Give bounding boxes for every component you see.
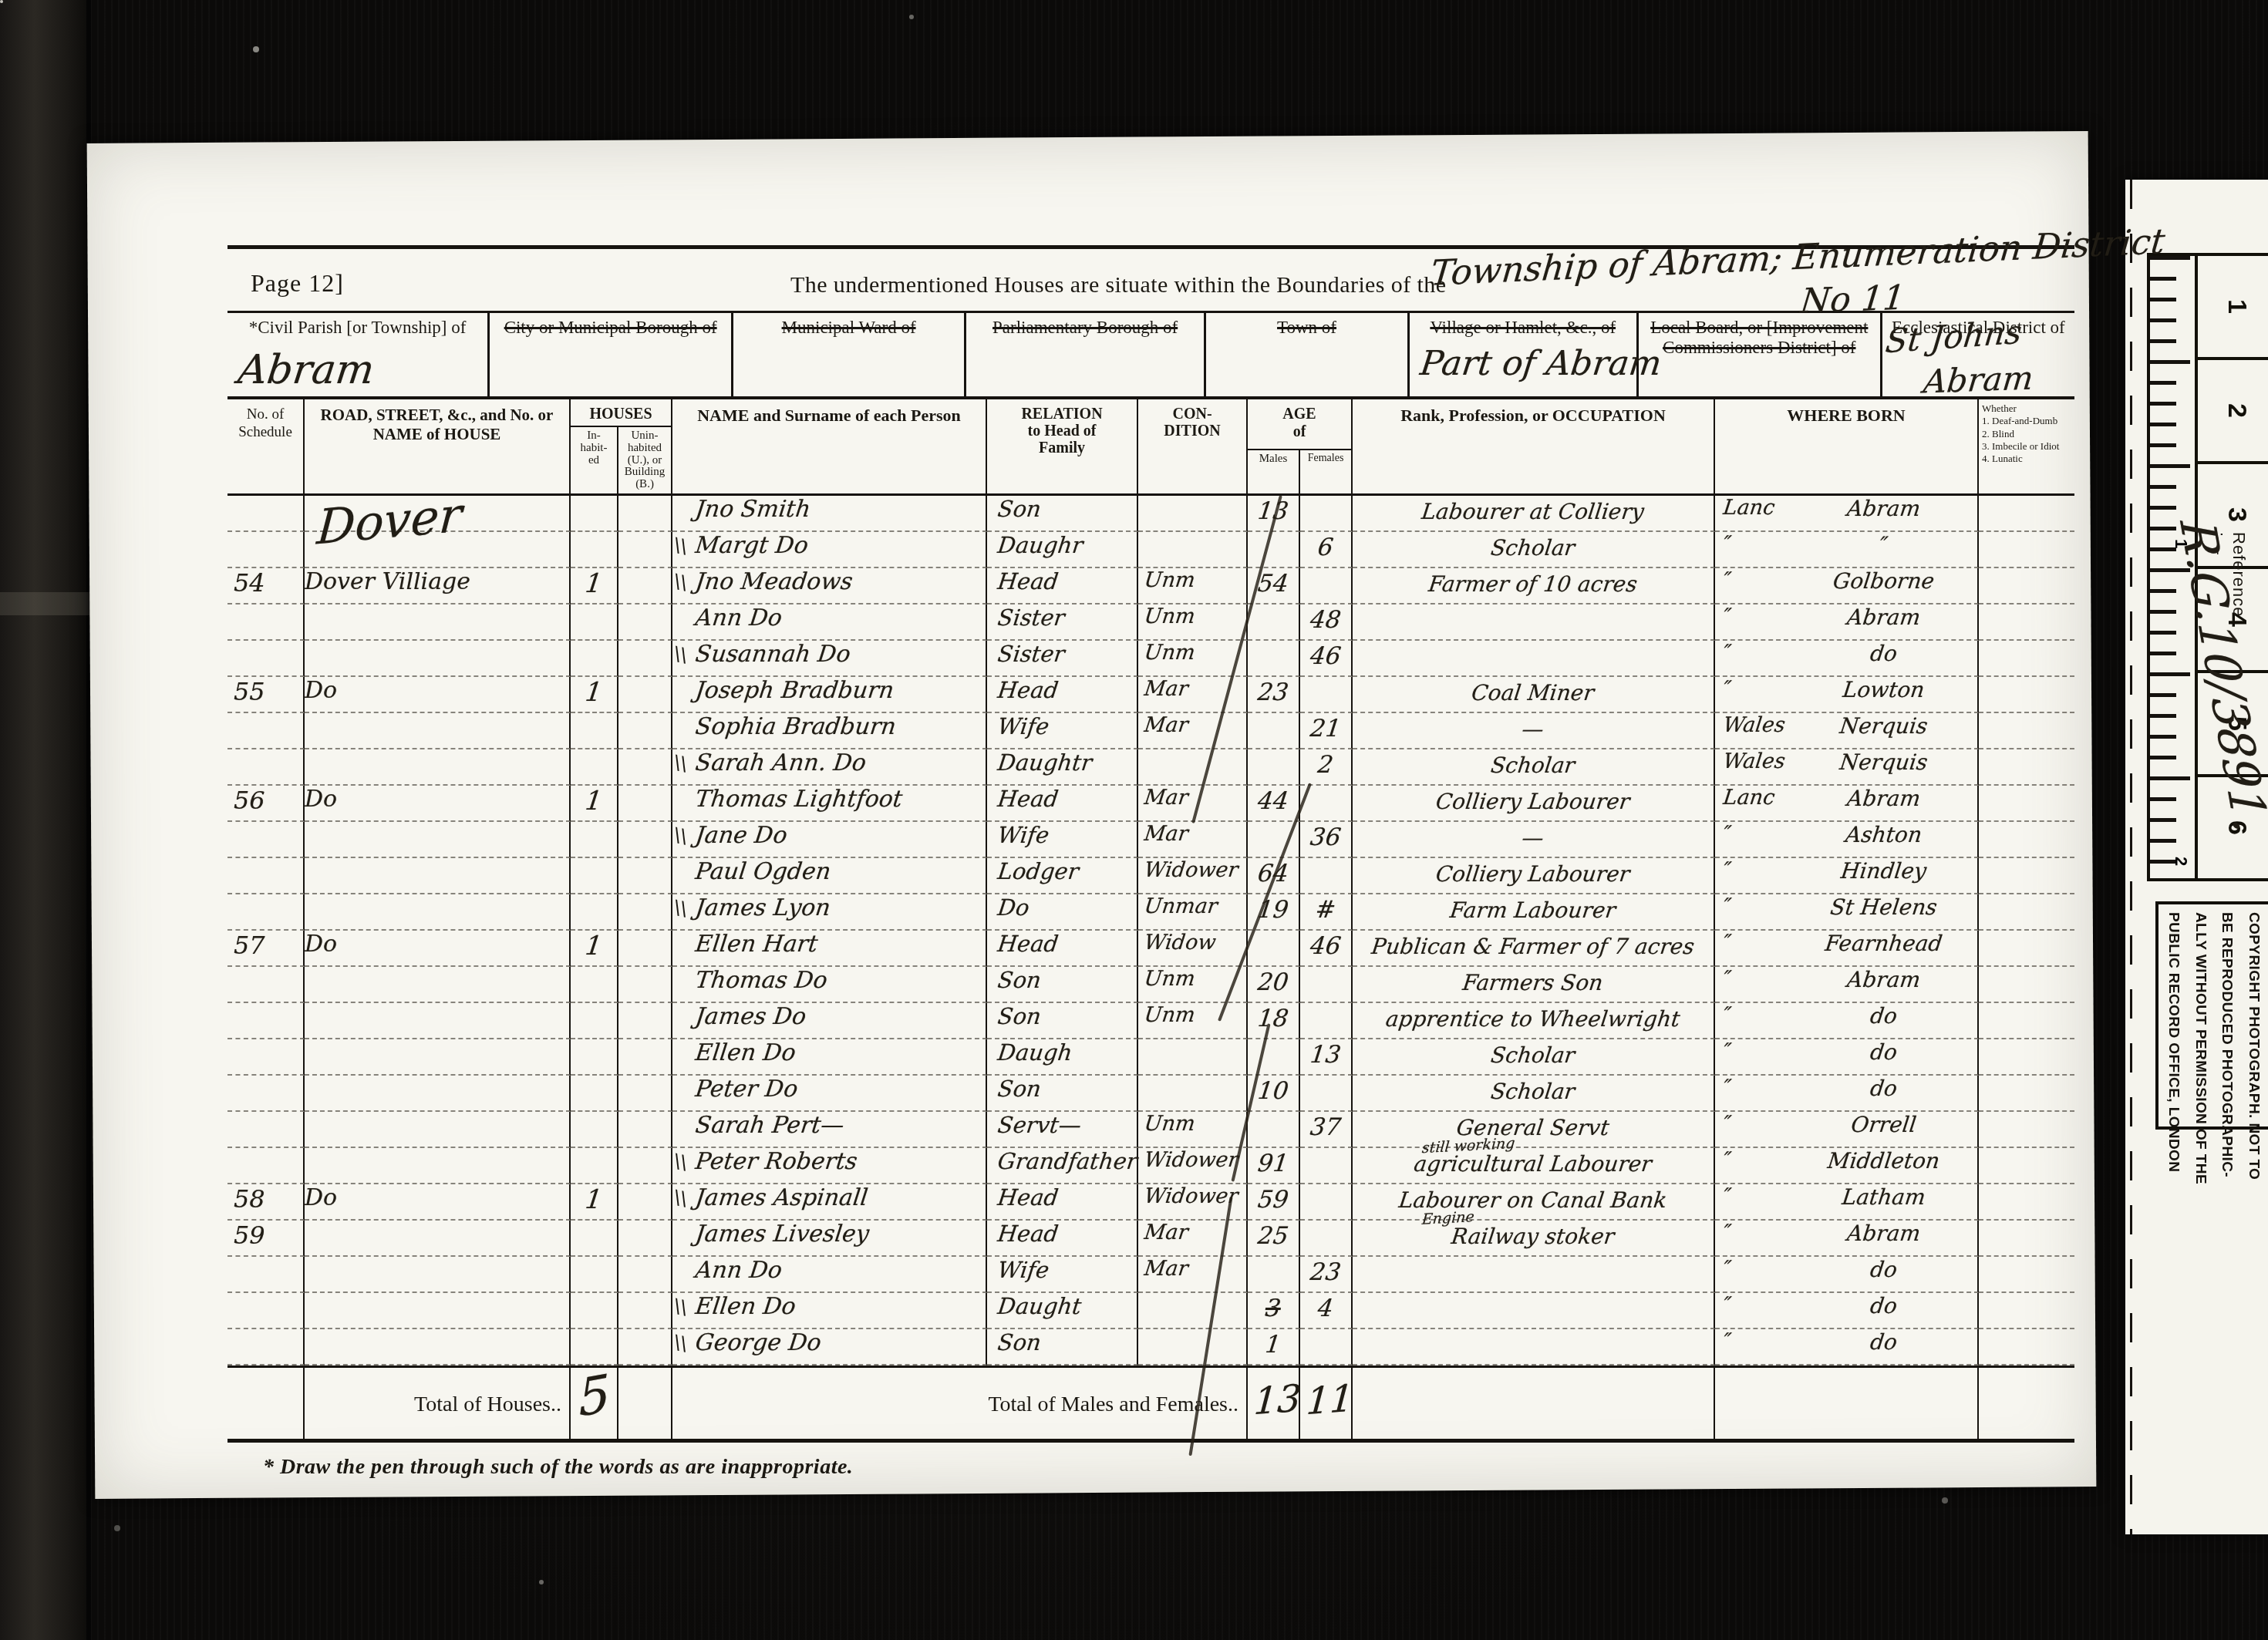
uninhabited-cell (618, 1257, 672, 1293)
inhabited-cell: 1 (571, 931, 618, 967)
age-male-value (1248, 822, 1299, 823)
age-female-value (1300, 568, 1351, 570)
condition-cell (1138, 1039, 1248, 1076)
census-record-row: Ann Do Sister Unm 48 ″ Abram (227, 604, 2074, 641)
disability-cell (1979, 1257, 2074, 1293)
condition-value: Unm (1137, 604, 1248, 628)
disability-cell (1979, 713, 2074, 749)
district-field-box: Parliamentary Borough of (966, 313, 1206, 396)
occupation-value: — (1351, 713, 1716, 742)
where-born-cell: ″ Hindley (1715, 858, 1979, 894)
age-females-cell: 13 (1300, 1039, 1353, 1076)
disability-cell (1979, 604, 2074, 641)
inhabited-mark: 1 (569, 931, 619, 961)
ruler-number-cell: 2 (2198, 360, 2268, 464)
relation-cell: Servt— (987, 1112, 1138, 1148)
totals-houses-label-cell: Total of Houses.. (305, 1368, 571, 1439)
born-county: ″ (1713, 1076, 1791, 1110)
person-name: Peter Roberts (671, 1148, 987, 1175)
age-females-cell (1300, 568, 1353, 604)
occupation-value (1353, 1329, 1714, 1332)
where-born-cell: ″ do (1715, 1076, 1979, 1112)
schedule-number (227, 713, 234, 743)
relation-value: Head (986, 1221, 1138, 1247)
relation-cell: Son (987, 1076, 1138, 1112)
occupation-value: Scholar (1351, 1039, 1716, 1068)
uninhabited-cell (618, 1003, 672, 1039)
age-male-value (1248, 604, 1299, 606)
occupation-value: Scholar (1351, 532, 1716, 561)
form-header-row: Page 12] The undermentioned Houses are s… (227, 245, 2074, 313)
born-county: ″ (1713, 568, 1791, 603)
born-county: ″ (1713, 1039, 1791, 1074)
age-males-cell: 20 (1248, 967, 1300, 1003)
relation-cell: Head (987, 1184, 1138, 1221)
age-female-value (1300, 677, 1351, 679)
schedule-number (227, 1257, 234, 1286)
condition-value: Mar (1137, 822, 1248, 846)
road-cell (305, 641, 571, 677)
occupation-cell: Colliery Labourer (1353, 786, 1715, 822)
total-houses-label: Total of Houses.. (414, 1392, 561, 1417)
born-county: ″ (1713, 1293, 1791, 1328)
relation-value: Son (986, 1003, 1138, 1029)
inhabited-cell (571, 1148, 618, 1184)
schedule-number (227, 532, 234, 561)
age-male-value (1248, 713, 1299, 715)
occupation-cell: Engine Railway stoker (1353, 1221, 1715, 1257)
total-males-value-cell: 13 (1248, 1368, 1300, 1439)
born-county: ″ (1713, 967, 1791, 1002)
uninhabited-cell (618, 1112, 672, 1148)
where-born-cell: Wales Nerquis (1715, 713, 1979, 749)
condition-value: Unm (1137, 568, 1248, 592)
district-field-value2-handwritten (1206, 357, 1407, 364)
occupation-cell: Coal Miner (1353, 677, 1715, 713)
born-place: Nerquis (1787, 713, 1980, 748)
relation-cell: Son (987, 1329, 1138, 1366)
age-female-value: 6 (1299, 532, 1353, 561)
age-females-cell: 37 (1300, 1112, 1353, 1148)
uninhabited-cell (618, 1076, 672, 1112)
schedule-cell (227, 967, 305, 1003)
name-cell: Peter Do (672, 1076, 987, 1112)
totals-males-females-label-cell: Total of Males and Females.. (672, 1368, 1248, 1439)
census-record-row: \\ Jane Do Wife Mar 36 — ″ Ashton (227, 822, 2074, 858)
occupation-value: Coal Miner (1351, 677, 1716, 706)
occupation-cell: — (1353, 822, 1715, 858)
born-place: do (1787, 1257, 1980, 1291)
born-county: ″ (1713, 931, 1791, 965)
relation-value: Daught (986, 1293, 1138, 1319)
film-left-band (0, 0, 91, 1640)
name-cell: Sophia Bradburn (672, 713, 987, 749)
age-males-cell: 23 (1248, 677, 1300, 713)
relation-value: Do (986, 894, 1138, 921)
schedule-cell (227, 496, 305, 532)
age-males-cell (1248, 1257, 1300, 1293)
name-cell: Ellen Do (672, 1039, 987, 1076)
road-cell: Dover (305, 496, 571, 532)
uninhabited-cell (618, 786, 672, 822)
where-born-cell: Lanc Abram (1715, 786, 1979, 822)
age-males-cell (1248, 532, 1300, 568)
inhabited-cell (571, 822, 618, 858)
name-cell: Ann Do (672, 1257, 987, 1293)
condition-cell (1138, 496, 1248, 532)
condition-cell: Mar (1138, 1221, 1248, 1257)
census-record-row: \\ Sarah Ann. Do Daughtr 2 Scholar Wales… (227, 749, 2074, 786)
age-male-value (1248, 1039, 1299, 1041)
where-born-cell: ″ do (1715, 1039, 1979, 1076)
census-record-row: \\ Margt Do Daughr 6 Scholar ″ ″ (227, 532, 2074, 568)
age-females-cell: 36 (1300, 822, 1353, 858)
age-male-value: 19 (1246, 894, 1301, 924)
road-cell (305, 894, 571, 931)
born-county: ″ (1713, 1329, 1791, 1364)
name-cell: \\ Sarah Ann. Do (672, 749, 987, 786)
born-place: do (1787, 1329, 1980, 1364)
age-males-cell: 59 (1248, 1184, 1300, 1221)
relation-cell: Head (987, 1221, 1138, 1257)
born-county: Wales (1713, 713, 1791, 748)
occupation-value: agricultural Labourer (1351, 1148, 1716, 1177)
schedule-cell (227, 894, 305, 931)
age-female-value: # (1299, 894, 1353, 924)
census-record-row: 57 Do 1 Ellen Hart Head Widow 46 Publica… (227, 931, 2074, 967)
condition-value: Mar (1137, 713, 1248, 737)
person-name: Thomas Lightfoot (671, 786, 987, 813)
relation-cell: Grandfather (987, 1148, 1138, 1184)
where-born-cell: ″ Orrell (1715, 1112, 1979, 1148)
born-county: ″ (1713, 858, 1791, 893)
condition-value: Widow (1137, 931, 1248, 955)
occupation-value: Publican & Farmer of 7 acres (1351, 931, 1716, 959)
where-born-cell: ″ do (1715, 1329, 1979, 1366)
age-female-value (1300, 496, 1351, 497)
road-name: Dover Villiage (305, 567, 470, 595)
relation-value: Daughr (986, 532, 1138, 558)
born-place: Nerquis (1787, 749, 1980, 784)
uninhabited-cell (618, 858, 672, 894)
totals-occupation-cell (1353, 1368, 1715, 1439)
disability-cell (1979, 786, 2074, 822)
inhabited-mark: 1 (569, 568, 619, 599)
ruler-inch-label: 2 (2171, 857, 2191, 866)
district-field-box: Village or Hamlet, &c., of Part of Abram (1410, 313, 1639, 396)
born-place: Abram (1787, 496, 1980, 530)
relation-value: Head (986, 1184, 1138, 1211)
schedule-number (227, 749, 234, 779)
census-form: Page 12] The undermentioned Houses are s… (227, 245, 2074, 1480)
name-cell: \\ Jane Do (672, 822, 987, 858)
schedule-number: 57 (227, 931, 265, 960)
age-female-value (1300, 967, 1351, 968)
district-field-label: *Civil Parish [or Township] of (244, 318, 471, 338)
schedule-number: 54 (227, 568, 265, 598)
relation-cell: Son (987, 496, 1138, 532)
age-female-value (1300, 1003, 1351, 1005)
schedule-number (227, 496, 234, 525)
disability-cell (1979, 822, 2074, 858)
relation-value: Son (986, 1076, 1138, 1102)
age-females-cell (1300, 677, 1353, 713)
occupation-value: Farm Labourer (1351, 894, 1716, 923)
person-name: Ann Do (671, 604, 987, 631)
relation-value: Sister (986, 604, 1138, 631)
age-females-cell: 46 (1300, 641, 1353, 677)
relation-value: Head (986, 931, 1138, 957)
condition-cell: Unm (1138, 1003, 1248, 1039)
inhabited-mark: 1 (569, 786, 619, 817)
occupation-cell: Labourer on Canal Bank (1353, 1184, 1715, 1221)
relation-value: Son (986, 1329, 1138, 1355)
age-males-cell (1248, 1039, 1300, 1076)
person-name: Jno Smith (671, 496, 987, 523)
header-occupation: Rank, Profession, or OCCUPATION (1353, 399, 1715, 493)
relation-value: Servt— (986, 1112, 1138, 1138)
occupation-cell (1353, 1257, 1715, 1293)
district-field-value-handwritten: Part of Abram (1418, 344, 1664, 383)
disability-cell (1979, 1039, 2074, 1076)
person-name: James Do (671, 1003, 987, 1030)
district-field-label: Town of (1272, 318, 1341, 338)
person-name: Sarah Pert— (671, 1112, 987, 1139)
road-cell: Do (305, 677, 571, 713)
inhabited-mark: 1 (569, 1184, 619, 1215)
born-county: ″ (1713, 1257, 1791, 1291)
uninhabited-cell (618, 1221, 672, 1257)
road-cell (305, 822, 571, 858)
age-male-value: 3 (1246, 1293, 1301, 1322)
condition-cell: Unm (1138, 604, 1248, 641)
name-cell: Paul Ogden (672, 858, 987, 894)
census-record-row: Sophia Bradburn Wife Mar 21 — Wales Nerq… (227, 713, 2074, 749)
name-cell: \\ Ellen Do (672, 1293, 987, 1329)
total-males-value: 13 (1252, 1377, 1302, 1424)
occupation-value: Railway stoker (1351, 1221, 1716, 1249)
uninhabited-cell (618, 1184, 672, 1221)
age-male-value: 59 (1246, 1184, 1301, 1214)
inhabited-cell (571, 1076, 618, 1112)
schedule-cell (227, 749, 305, 786)
occupation-value (1353, 1293, 1714, 1296)
schedule-cell (227, 1257, 305, 1293)
age-female-value (1300, 1076, 1351, 1077)
schedule-cell (227, 1039, 305, 1076)
condition-value: Unm (1137, 1003, 1248, 1027)
occupation-cell: Scholar (1353, 532, 1715, 568)
road-cell (305, 1329, 571, 1366)
road-cell (305, 604, 571, 641)
born-county: ″ (1713, 1221, 1791, 1255)
age-males-cell (1248, 749, 1300, 786)
census-record-row: 55 Do 1 Joseph Bradburn Head Mar 23 Coal… (227, 677, 2074, 713)
schedule-cell (227, 1329, 305, 1366)
inhabited-cell (571, 858, 618, 894)
occupation-cell: Publican & Farmer of 7 acres (1353, 931, 1715, 967)
occupation-value: Labourer on Canal Bank (1351, 1184, 1716, 1213)
where-born-cell: ″ do (1715, 1293, 1979, 1329)
name-cell: Jno Smith (672, 496, 987, 532)
born-place: do (1787, 1293, 1980, 1328)
age-females-cell (1300, 858, 1353, 894)
occupation-cell: Scholar (1353, 1076, 1715, 1112)
condition-cell: Unm (1138, 1112, 1248, 1148)
age-female-value: 21 (1299, 713, 1353, 743)
relation-cell: Daughtr (987, 749, 1138, 786)
schedule-number (227, 894, 234, 924)
person-name: Thomas Do (671, 967, 987, 994)
born-county: ″ (1713, 1003, 1791, 1038)
person-name: Ann Do (671, 1257, 987, 1284)
age-female-value: 46 (1299, 641, 1353, 670)
person-name: Paul Ogden (671, 858, 987, 885)
relation-cell: Daugh (987, 1039, 1138, 1076)
occupation-cell: Labourer at Colliery (1353, 496, 1715, 532)
age-males-cell: 18 (1248, 1003, 1300, 1039)
relation-value: Head (986, 786, 1138, 812)
schedule-cell (227, 1293, 305, 1329)
where-born-cell: ″ do (1715, 641, 1979, 677)
inhabited-cell (571, 1003, 618, 1039)
header-houses: HOUSES In- habit- ed Unin- habited (U.),… (571, 399, 672, 493)
condition-cell: Mar (1138, 713, 1248, 749)
where-born-cell: Lanc Abram (1715, 496, 1979, 532)
condition-cell: Widow (1138, 931, 1248, 967)
age-males-cell: 91 (1248, 1148, 1300, 1184)
person-name: Joseph Bradburn (671, 677, 987, 704)
census-record-row: \\ Peter Roberts Grandfather Widower 91 … (227, 1148, 2074, 1184)
born-county: ″ (1713, 1148, 1791, 1183)
born-place: Ashton (1787, 822, 1980, 857)
film-scratch (0, 592, 91, 615)
district-field-box: *Civil Parish [or Township] of Abram (227, 313, 490, 396)
header-condition: CON- DITION (1138, 399, 1248, 493)
name-cell: \\ James Aspinall (672, 1184, 987, 1221)
name-cell: Ann Do (672, 604, 987, 641)
born-place: Hindley (1787, 858, 1980, 893)
district-field-value2-handwritten (733, 357, 964, 365)
disability-cell (1979, 532, 2074, 568)
boundary-statement: The undermentioned Houses are situate wi… (790, 272, 1446, 298)
census-record-row: Ann Do Wife Mar 23 ″ do (227, 1257, 2074, 1293)
district-field-label: Parliamentary Borough of (988, 318, 1182, 338)
inhabited-cell (571, 1329, 618, 1366)
uninhabited-cell (618, 568, 672, 604)
relation-cell: Wife (987, 713, 1138, 749)
occupation-cell: apprentice to Wheelwright (1353, 1003, 1715, 1039)
age-female-value: 37 (1299, 1112, 1353, 1141)
age-females-cell: 6 (1300, 532, 1353, 568)
totals-disability-cell (1979, 1368, 2074, 1439)
inhabited-cell (571, 532, 618, 568)
born-county: ″ (1713, 604, 1791, 639)
condition-cell (1138, 749, 1248, 786)
born-place: Abram (1787, 1221, 1980, 1255)
uninhabited-cell (618, 1039, 672, 1076)
age-male-value (1248, 1112, 1299, 1113)
relation-cell: Head (987, 931, 1138, 967)
header-relation: RELATION to Head of Family (987, 399, 1138, 493)
uninhabited-cell (618, 641, 672, 677)
schedule-number (227, 604, 234, 634)
totals-uninhabited-cell (618, 1368, 672, 1439)
relation-value: Son (986, 496, 1138, 522)
person-name: James Aspinall (671, 1184, 987, 1211)
age-male-value: 1 (1246, 1329, 1301, 1359)
road-cell (305, 1039, 571, 1076)
inhabited-cell: 1 (571, 786, 618, 822)
road-name: Do (305, 784, 337, 813)
schedule-cell: 59 (227, 1221, 305, 1257)
census-record-row: 58 Do 1 \\ James Aspinall Head Widower 5… (227, 1184, 2074, 1221)
schedule-number: 58 (227, 1184, 265, 1214)
road-cell (305, 1148, 571, 1184)
occupation-value: Scholar (1351, 749, 1716, 778)
condition-value: Widower (1137, 1148, 1248, 1172)
inhabited-cell (571, 1221, 618, 1257)
dust-specks (0, 0, 3, 3)
born-county: ″ (1713, 532, 1791, 567)
disability-cell (1979, 1329, 2074, 1366)
uninhabited-cell (618, 532, 672, 568)
occupation-value: Farmer of 10 acres (1351, 568, 1716, 597)
schedule-cell (227, 604, 305, 641)
relation-value: Sister (986, 641, 1138, 667)
occupation-value: Scholar (1351, 1076, 1716, 1104)
road-cell (305, 713, 571, 749)
census-record-row: 54 Dover Villiage 1 \\ Jno Meadows Head … (227, 568, 2074, 604)
age-females-cell: 48 (1300, 604, 1353, 641)
born-place: St Helens (1787, 894, 1980, 929)
person-name: Ellen Hart (671, 931, 987, 958)
header-uninhabited: Unin- habited (U.), or Building (B.) (618, 427, 671, 493)
condition-cell: Mar (1138, 1257, 1248, 1293)
age-female-value: 48 (1299, 604, 1353, 634)
age-males-cell: 25 (1248, 1221, 1300, 1257)
age-females-cell (1300, 1003, 1353, 1039)
relation-cell: Head (987, 786, 1138, 822)
born-county: ″ (1713, 822, 1791, 857)
name-cell: James Livesley (672, 1221, 987, 1257)
born-county: ″ (1713, 1112, 1791, 1147)
age-female-value: 13 (1299, 1039, 1353, 1069)
disability-cell (1979, 1184, 2074, 1221)
age-male-value (1248, 641, 1299, 642)
page-number-label: Page 12] (251, 269, 344, 298)
name-cell: James Do (672, 1003, 987, 1039)
schedule-number (227, 641, 234, 670)
occupation-value: Colliery Labourer (1351, 786, 1716, 814)
schedule-number (227, 967, 234, 996)
schedule-cell: 54 (227, 568, 305, 604)
name-cell: \\ Margt Do (672, 532, 987, 568)
occupation-cell: Scholar (1353, 1039, 1715, 1076)
schedule-cell (227, 713, 305, 749)
schedule-cell (227, 1112, 305, 1148)
occupation-cell: still working agricultural Labourer (1353, 1148, 1715, 1184)
header-road: ROAD, STREET, &c., and No. or NAME of HO… (305, 399, 571, 493)
stamp-line: PUBLIC RECORD OFFICE, LONDON (2165, 912, 2182, 1119)
condition-cell: Mar (1138, 822, 1248, 858)
person-name: Ellen Do (671, 1293, 987, 1320)
relation-cell: Son (987, 967, 1138, 1003)
relation-value: Daugh (986, 1039, 1138, 1066)
inhabited-cell (571, 1293, 618, 1329)
age-males-cell (1248, 931, 1300, 967)
condition-cell (1138, 1076, 1248, 1112)
